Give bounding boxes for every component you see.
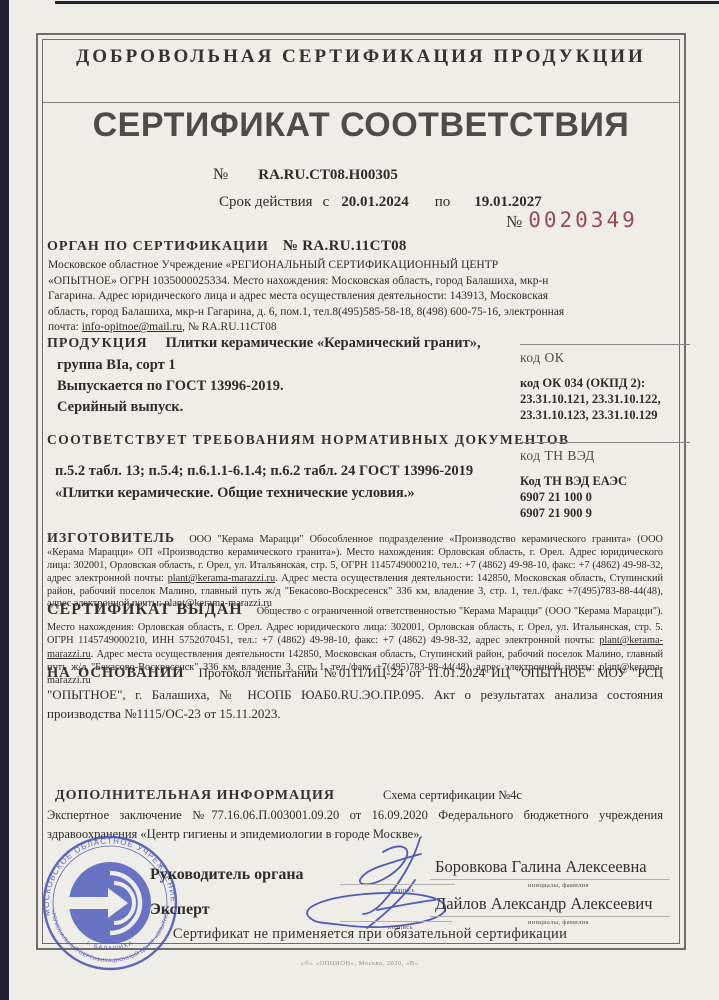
product-serial: Серийный выпуск. bbox=[57, 397, 284, 418]
signature-expert-cross2 bbox=[377, 900, 435, 910]
validity-from-date: 20.01.2024 bbox=[341, 194, 409, 210]
head-signature-line bbox=[340, 884, 455, 885]
ok-code-values: код ОК 034 (ОКПД 2): 23.31.10.121, 23.31… bbox=[520, 375, 690, 423]
ok-code-line2: 23.31.10.121, 23.31.10.122, bbox=[520, 391, 690, 407]
additional-info-heading-row: ДОПОЛНИТЕЛЬНАЯ ИНФОРМАЦИЯСхема сертифика… bbox=[55, 786, 522, 804]
product-heading-row: ПРОДУКЦИЯПлитки керамические «Керамическ… bbox=[47, 334, 481, 352]
certification-body-heading-row: ОРГАН ПО СЕРТИФИКАЦИИ№ RA.RU.11CT08 bbox=[47, 237, 407, 255]
scan-edge-top bbox=[55, 1, 719, 4]
certification-body-number: № RA.RU.11CT08 bbox=[283, 238, 407, 254]
compliance-text: п.5.2 табл. 13; п.5.4; п.6.1.1-6.1.4; п.… bbox=[55, 460, 473, 505]
product-group: группа BIa, сорт 1 bbox=[57, 355, 284, 376]
blank-number-value: 0020349 bbox=[528, 208, 638, 232]
expert-name-line bbox=[430, 916, 670, 917]
tnved-code-values: Код ТН ВЭД ЕАЭС 6907 21 100 0 6907 21 90… bbox=[520, 473, 690, 521]
product-gost: Выпускается по ГОСТ 13996-2019. bbox=[57, 376, 284, 397]
tnved-code-box: код ТН ВЭД Код ТН ВЭД ЕАЭС 6907 21 100 0… bbox=[520, 442, 690, 521]
header-divider bbox=[43, 102, 679, 103]
tnved-line3: 6907 21 900 9 bbox=[520, 505, 690, 521]
certification-body-heading: ОРГАН ПО СЕРТИФИКАЦИИ bbox=[47, 239, 269, 254]
expert-name: Дайлов Александр Алексеевич bbox=[435, 894, 653, 914]
blank-number: №0020349 bbox=[506, 208, 638, 232]
certificate-page: ДОБРОВОЛЬНАЯ СЕРТИФИКАЦИЯ ПРОДУКЦИИ СЕРТ… bbox=[0, 0, 719, 1000]
validity-to-label: по bbox=[435, 194, 451, 210]
certification-body-text: Московское областное Учреждение «РЕГИОНА… bbox=[48, 258, 566, 336]
issued-to-heading: СЕРТИФИКАТ ВЫДАН bbox=[47, 601, 243, 618]
compliance-line2: «Плитки керамические. Общие технические … bbox=[55, 482, 473, 504]
page-title: СЕРТИФИКАТ СООТВЕТСТВИЯ bbox=[41, 106, 681, 145]
manufacturer-email: plant@kerama-marazzi.ru bbox=[168, 573, 276, 584]
product-details: группа BIa, сорт 1 Выпускается по ГОСТ 1… bbox=[57, 355, 284, 418]
validity-row: Срок действияс20.01.2024по19.01.2027 bbox=[219, 194, 542, 211]
expert-name-caption: инициалы, фамилия bbox=[528, 919, 589, 926]
expert-signature-line bbox=[340, 921, 452, 922]
additional-info-heading: ДОПОЛНИТЕЛЬНАЯ ИНФОРМАЦИЯ bbox=[55, 788, 335, 803]
ok-code-box: код ОК код ОК 034 (ОКПД 2): 23.31.10.121… bbox=[520, 344, 690, 423]
blank-number-label: № bbox=[506, 212, 522, 231]
certificate-number-row: №RA.RU.CT08.H00305 bbox=[213, 166, 398, 184]
ok-code-label: код ОК bbox=[520, 350, 690, 366]
compliance-line1: п.5.2 табл. 13; п.5.4; п.6.1.1-6.1.4; п.… bbox=[55, 460, 473, 482]
certification-scheme: Схема сертификации №4с bbox=[383, 788, 522, 802]
basis-section: НА ОСНОВАНИИПротокол испытаний №0111/ИЦ-… bbox=[47, 663, 663, 724]
tnved-code-label: код ТН ВЭД bbox=[520, 448, 690, 464]
head-of-body-name: Боровкова Галина Алексеевна bbox=[435, 857, 647, 877]
banner-title: ДОБРОВОЛЬНАЯ СЕРТИФИКАЦИЯ ПРОДУКЦИИ bbox=[41, 46, 681, 68]
validity-from-label: с bbox=[323, 194, 330, 210]
certification-body-text-part2: , № RA.RU.11CT08 bbox=[182, 321, 277, 333]
ok-code-line3: 23.31.10.123, 23.31.10.129 bbox=[520, 407, 690, 423]
head-name-line bbox=[430, 879, 670, 880]
footer-note: Сертификат не применяется при обязательн… bbox=[110, 926, 630, 943]
ok-code-line1: код ОК 034 (ОКПД 2): bbox=[520, 375, 690, 391]
head-name-caption: инициалы, фамилия bbox=[528, 882, 589, 889]
product-heading: ПРОДУКЦИЯ bbox=[47, 336, 148, 351]
certificate-number-value: RA.RU.CT08.H00305 bbox=[258, 167, 398, 183]
basis-heading: НА ОСНОВАНИИ bbox=[47, 665, 185, 681]
tnved-line2: 6907 21 100 0 bbox=[520, 489, 690, 505]
certification-body-email: info-opitnoe@mail.ru bbox=[82, 321, 182, 333]
tnved-line1: Код ТН ВЭД ЕАЭС bbox=[520, 473, 690, 489]
head-signature-caption: подпись bbox=[390, 887, 415, 894]
expert-role-label: Эксперт bbox=[150, 901, 210, 919]
manufacturer-section: ИЗГОТОВИТЕЛЬООО "Керама Марацци" Обособл… bbox=[47, 530, 663, 611]
head-of-body-role-label: Руководитель органа bbox=[150, 866, 304, 884]
print-house-mark: «©» «ОПЦИОН», Москва, 2020, «В» bbox=[0, 960, 719, 967]
signature-head-flourish bbox=[360, 846, 421, 884]
scan-edge-left bbox=[0, 0, 9, 1000]
manufacturer-heading: ИЗГОТОВИТЕЛЬ bbox=[47, 531, 175, 546]
validity-label: Срок действия bbox=[219, 194, 313, 210]
product-name: Плитки керамические «Керамический гранит… bbox=[166, 335, 481, 351]
certificate-number-label: № bbox=[213, 166, 228, 183]
compliance-heading: СООТВЕТСТВУЕТ ТРЕБОВАНИЯМ НОРМАТИВНЫХ ДО… bbox=[47, 432, 570, 448]
